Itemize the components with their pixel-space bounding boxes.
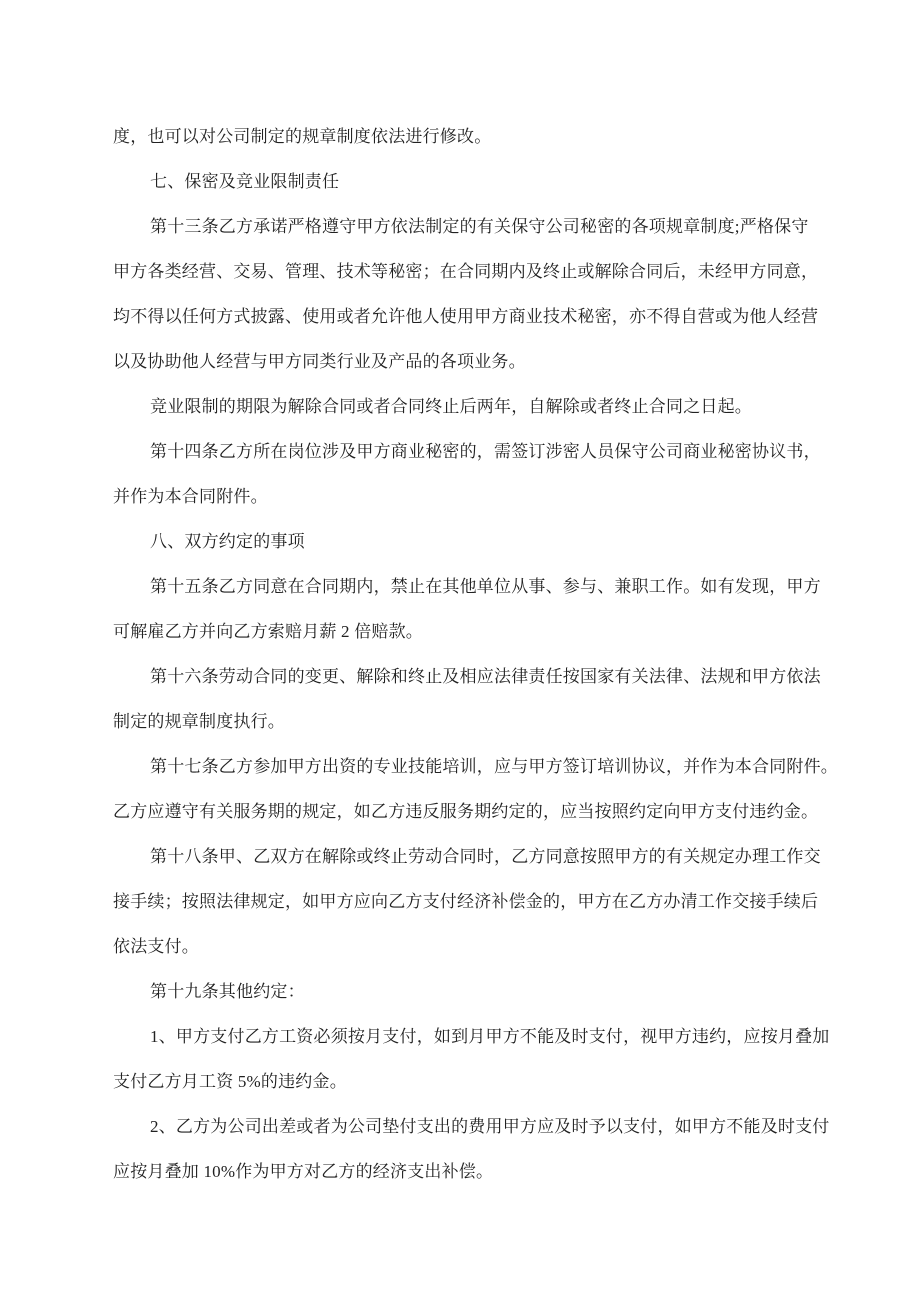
clause-14-line: 第十四条乙方所在岗位涉及甲方商业秘密的，需签订涉密人员保守公司商业秘密协议书， bbox=[113, 429, 813, 474]
section-heading-mutual-agreements: 八、双方约定的事项 bbox=[113, 519, 813, 564]
clause-17-line: 第十七条乙方参加甲方出资的专业技能培训，应与甲方签订培训协议，并作为本合同附件。 bbox=[113, 744, 813, 789]
other-agreement-item-2-line: 2、乙方为公司出差或者为公司垫付支出的费用甲方应及时予以支付，如甲方不能及时支付 bbox=[113, 1104, 813, 1149]
clause-18-line: 第十八条甲、乙双方在解除或终止劳动合同时，乙方同意按照甲方的有关规定办理工作交 bbox=[113, 834, 813, 879]
text-line: 支付乙方月工资 5%的违约金。 bbox=[113, 1059, 813, 1104]
other-agreement-item-1-line: 1、甲方支付乙方工资必须按月支付，如到月甲方不能及时支付，视甲方违约，应按月叠加 bbox=[113, 1014, 813, 1059]
text-line: 均不得以任何方式披露、使用或者允许他人使用甲方商业技术秘密，亦不得自营或为他人经… bbox=[113, 294, 813, 339]
clause-19-line: 第十九条其他约定： bbox=[113, 969, 813, 1014]
clause-15-line: 第十五条乙方同意在合同期内，禁止在其他单位从事、参与、兼职工作。如有发现，甲方 bbox=[113, 564, 813, 609]
text-line: 接手续；按照法律规定，如甲方应向乙方支付经济补偿金的，甲方在乙方办清工作交接手续… bbox=[113, 879, 813, 924]
non-compete-term-line: 竞业限制的期限为解除合同或者合同终止后两年，自解除或者终止合同之日起。 bbox=[113, 384, 813, 429]
text-line: 可解雇乙方并向乙方索赔月薪 2 倍赔款。 bbox=[113, 609, 813, 654]
text-line: 依法支付。 bbox=[113, 924, 813, 969]
text-line: 度，也可以对公司制定的规章制度依法进行修改。 bbox=[113, 114, 813, 159]
text-line: 并作为本合同附件。 bbox=[113, 474, 813, 519]
document-page: 度，也可以对公司制定的规章制度依法进行修改。 七、保密及竞业限制责任 第十三条乙… bbox=[0, 0, 920, 1301]
text-line: 甲方各类经营、交易、管理、技术等秘密；在合同期内及终止或解除合同后，未经甲方同意… bbox=[113, 249, 813, 294]
section-heading-confidentiality: 七、保密及竞业限制责任 bbox=[113, 159, 813, 204]
clause-16-line: 第十六条劳动合同的变更、解除和终止及相应法律责任按国家有关法律、法规和甲方依法 bbox=[113, 654, 813, 699]
clause-13-line: 第十三条乙方承诺严格遵守甲方依法制定的有关保守公司秘密的各项规章制度;严格保守 bbox=[113, 204, 813, 249]
text-line: 制定的规章制度执行。 bbox=[113, 699, 813, 744]
text-line: 应按月叠加 10%作为甲方对乙方的经济支出补偿。 bbox=[113, 1149, 813, 1194]
text-line: 以及协助他人经营与甲方同类行业及产品的各项业务。 bbox=[113, 339, 813, 384]
text-line: 乙方应遵守有关服务期的规定，如乙方违反服务期约定的，应当按照约定向甲方支付违约金… bbox=[113, 789, 813, 834]
document-body: 度，也可以对公司制定的规章制度依法进行修改。 七、保密及竞业限制责任 第十三条乙… bbox=[113, 114, 813, 1194]
